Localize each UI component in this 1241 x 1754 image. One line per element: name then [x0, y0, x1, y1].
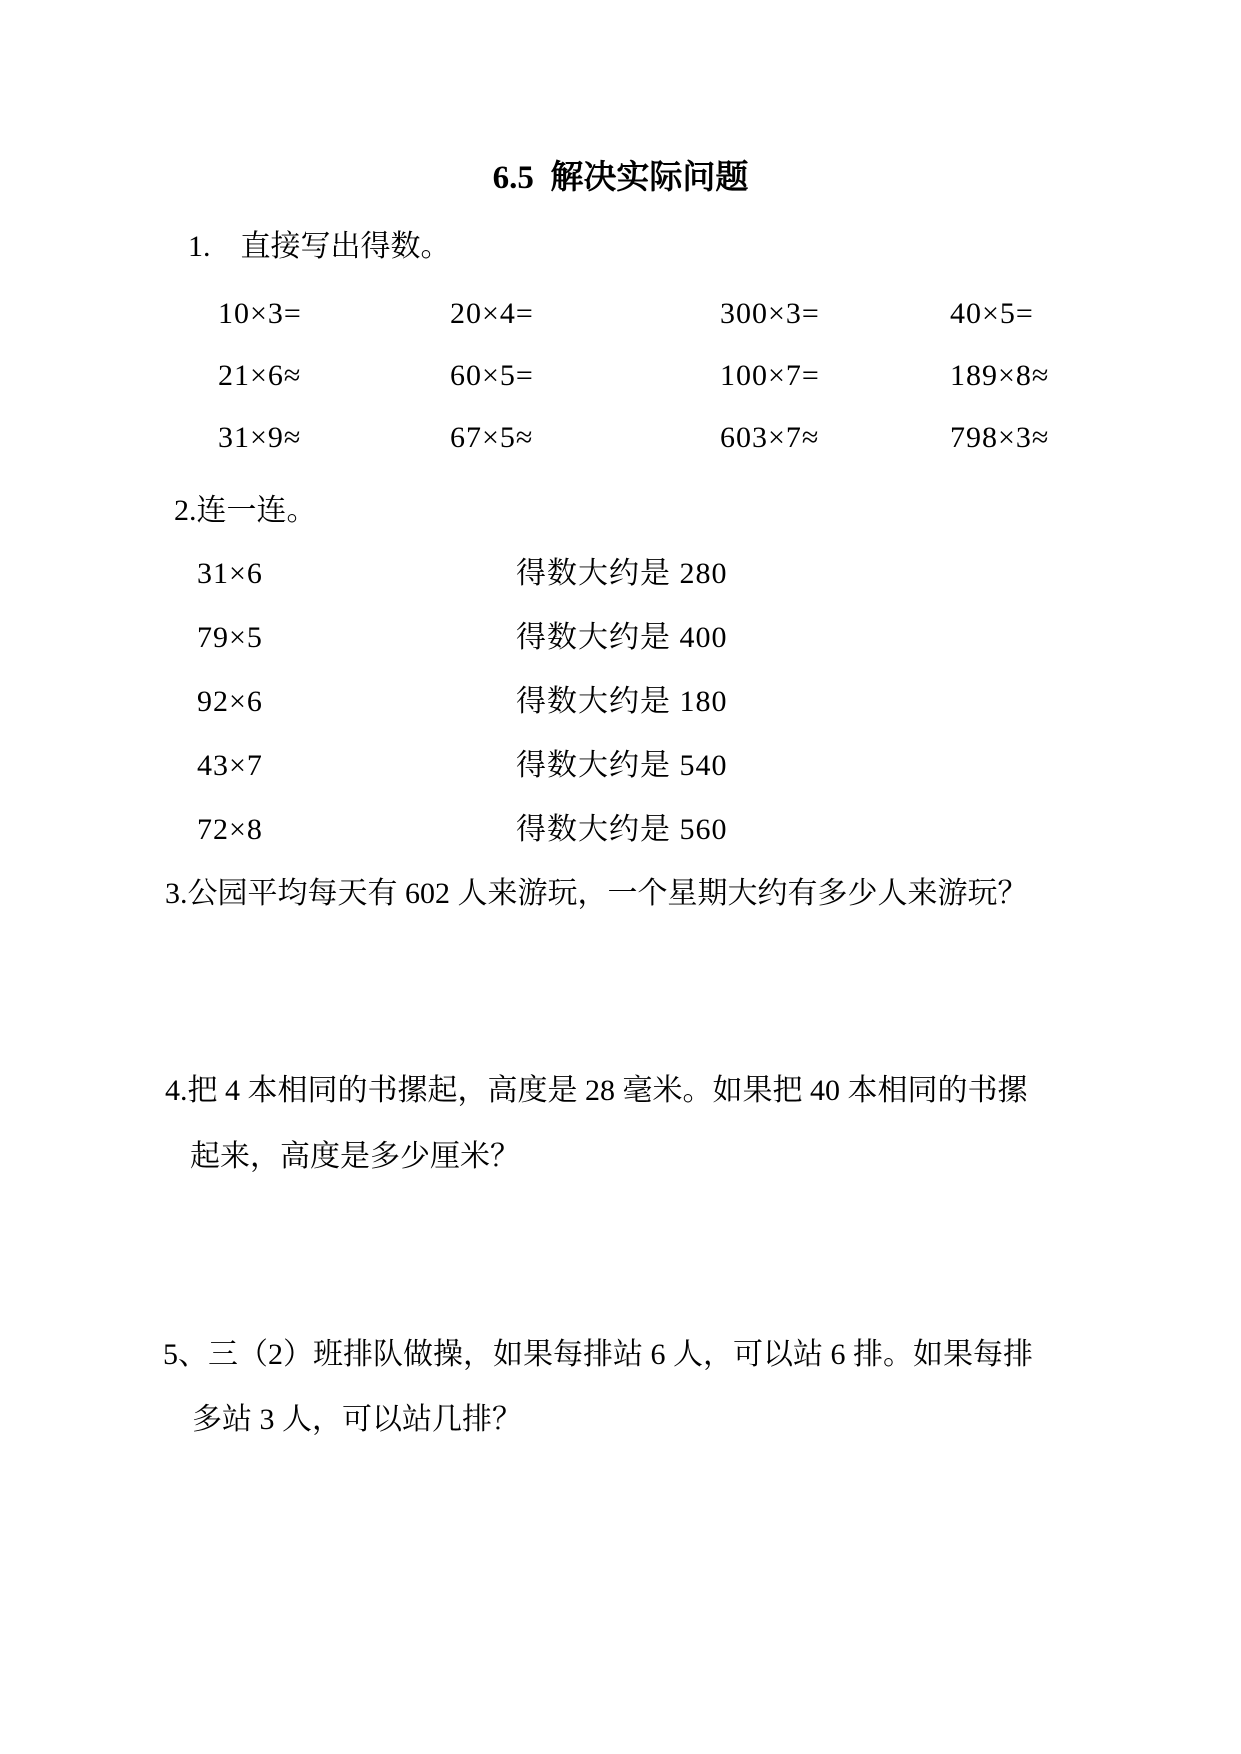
question-4-text-line1: 4.把 4 本相同的书摞起，高度是 28 毫米。如果把 40 本相同的书摞 — [165, 1071, 1028, 1111]
worksheet-page: 6.5 解决实际问题 1. 直接写出得数。 10×3= 20×4= 300×3=… — [0, 0, 1241, 1754]
match-right-estimate: 得数大约是 180 — [516, 682, 728, 746]
match-right-estimate: 得数大约是 540 — [516, 746, 728, 810]
calc-expression: 10×3= — [218, 294, 450, 356]
question-4-text-line2: 起来，高度是多少厘米？ — [190, 1137, 520, 1177]
calc-expression: 60×5= — [450, 356, 720, 418]
calc-expression: 40×5= — [950, 294, 1181, 356]
calc-expression: 67×5≈ — [450, 418, 720, 480]
match-left-expression: 92×6 — [197, 682, 516, 746]
calc-expression: 798×3≈ — [950, 418, 1181, 480]
match-left-expression: 79×5 — [197, 618, 516, 682]
match-right-estimate: 得数大约是 560 — [516, 810, 728, 874]
calc-expression: 20×4= — [450, 294, 720, 356]
calc-expression: 603×7≈ — [720, 418, 950, 480]
match-left-expression: 72×8 — [197, 810, 516, 874]
question-5-text-line2: 多站 3 人，可以站几排？ — [192, 1400, 522, 1440]
match-left-expression: 43×7 — [197, 746, 516, 810]
question-1-problem-grid: 10×3= 20×4= 300×3= 40×5= 21×6≈ 60×5= 100… — [218, 294, 1181, 480]
calc-expression: 100×7= — [720, 356, 950, 418]
match-left-expression: 31×6 — [197, 554, 516, 618]
calc-expression: 21×6≈ — [218, 356, 450, 418]
match-right-estimate: 得数大约是 400 — [516, 618, 728, 682]
question-3-text: 3.公园平均每天有 602 人来游玩，一个星期大约有多少人来游玩？ — [165, 874, 1028, 914]
calc-expression: 31×9≈ — [218, 418, 450, 480]
calc-expression: 300×3= — [720, 294, 950, 356]
match-right-estimate: 得数大约是 280 — [516, 554, 728, 618]
question-2-matching-grid: 31×6 得数大约是 280 79×5 得数大约是 400 92×6 得数大约是… — [197, 554, 728, 874]
calc-expression: 189×8≈ — [950, 356, 1181, 418]
question-2-label: 2.连一连。 — [174, 491, 317, 531]
question-5-text-line1: 5、三（2）班排队做操，如果每排站 6 人，可以站 6 排。如果每排 — [163, 1335, 1033, 1375]
question-1-label: 1. 直接写出得数。 — [188, 227, 451, 267]
page-title: 6.5 解决实际问题 — [0, 157, 1241, 199]
